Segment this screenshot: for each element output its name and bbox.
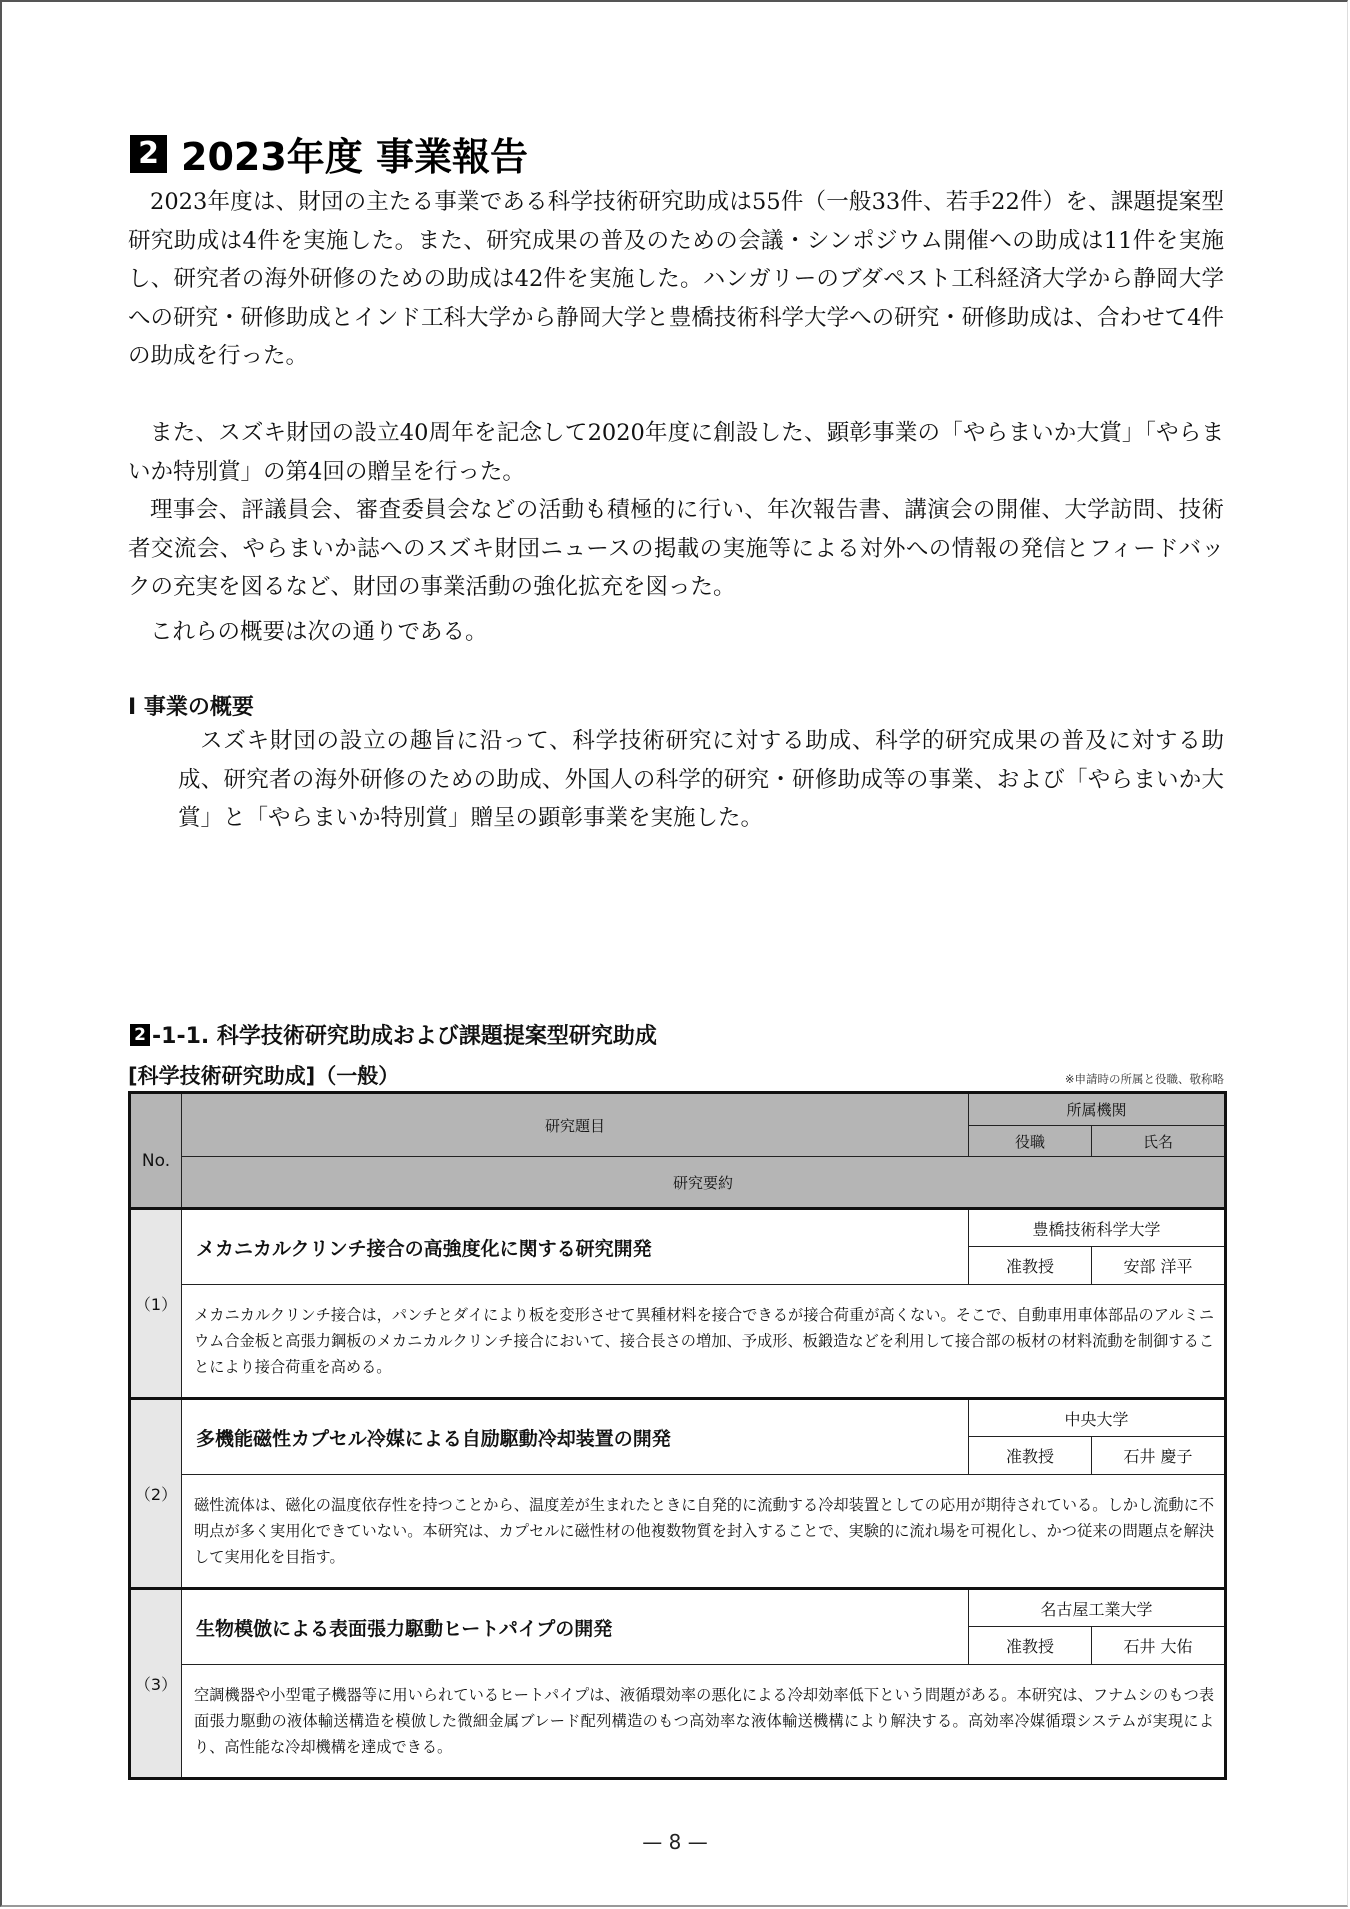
row-number: （3） <box>130 1589 182 1779</box>
intro-paragraph-1: 2023年度は、財団の主たる事業である科学技術研究助成は55件（一般33件、若手… <box>128 183 1224 376</box>
table-row: （2） 多機能磁性カプセル冷媒による自励駆動冷却装置の開発 中央大学 <box>130 1399 1226 1437</box>
row-summary: メカニカルクリンチ接合は，パンチとダイにより板を変形させて異種材料を接合できるが… <box>182 1285 1226 1399</box>
table-row: メカニカルクリンチ接合は，パンチとダイにより板を変形させて異種材料を接合できるが… <box>130 1285 1226 1399</box>
table-row: （3） 生物模倣による表面張力駆動ヒートパイプの開発 名古屋工業大学 <box>130 1589 1226 1627</box>
section-number-badge: 2 <box>130 135 167 173</box>
row-position: 准教授 <box>969 1437 1092 1475</box>
intro-paragraph-2: また、スズキ財団の設立40周年を記念して2020年度に創設した、顕彰事業の「やら… <box>128 414 1224 491</box>
subsection-title: -1-1. 科学技術研究助成および課題提案型研究助成 <box>152 1019 657 1050</box>
table-row: （1） メカニカルクリンチ接合の高強度化に関する研究開発 豊橋技術科学大学 <box>130 1209 1226 1247</box>
table-note: ※申請時の所属と役職、敬称略 <box>1065 1071 1224 1087</box>
row-name: 石井 慶子 <box>1092 1437 1226 1475</box>
page-title-text: 2023年度 事業報告 <box>181 126 528 181</box>
paragraph-text: 理事会、評議員会、審査委員会などの活動も積極的に行い、年次報告書、講演会の開催、… <box>128 491 1224 607</box>
row-title: 多機能磁性カプセル冷媒による自励駆動冷却装置の開発 <box>182 1399 969 1475</box>
header-no: No. <box>130 1093 182 1209</box>
section-1-heading: Ⅰ 事業の概要 <box>128 690 254 721</box>
table-label: [科学技術研究助成]（一般） <box>128 1060 399 1090</box>
paragraph-text: 2023年度は、財団の主たる事業である科学技術研究助成は55件（一般33件、若手… <box>128 183 1224 376</box>
table-row: 空調機器や小型電子機器等に用いられているヒートパイプは、液循環効率の悪化による冷… <box>130 1665 1226 1779</box>
row-number: （2） <box>130 1399 182 1589</box>
table-header-row: No. 研究題目 所属機関 <box>130 1093 1226 1126</box>
header-name: 氏名 <box>1092 1126 1226 1157</box>
summary-line: これらの概要は次の通りである。 <box>150 614 488 646</box>
row-summary: 磁性流体は、磁化の温度依存性を持つことから、温度差が生まれたときに自発的に流動す… <box>182 1475 1226 1589</box>
row-summary: 空調機器や小型電子機器等に用いられているヒートパイプは、液循環効率の悪化による冷… <box>182 1665 1226 1779</box>
intro-paragraph-3: 理事会、評議員会、審査委員会などの活動も積極的に行い、年次報告書、講演会の開催、… <box>128 491 1224 607</box>
row-name: 石井 大佑 <box>1092 1627 1226 1665</box>
header-position: 役職 <box>969 1126 1092 1157</box>
row-name: 安部 洋平 <box>1092 1247 1226 1285</box>
row-affiliation: 豊橋技術科学大学 <box>969 1209 1226 1247</box>
row-affiliation: 中央大学 <box>969 1399 1226 1437</box>
row-title: メカニカルクリンチ接合の高強度化に関する研究開発 <box>182 1209 969 1285</box>
row-position: 准教授 <box>969 1627 1092 1665</box>
table-row: 磁性流体は、磁化の温度依存性を持つことから、温度差が生まれたときに自発的に流動す… <box>130 1475 1226 1589</box>
page-number: — 8 — <box>0 1830 1350 1854</box>
row-affiliation: 名古屋工業大学 <box>969 1589 1226 1627</box>
section-1-body: スズキ財団の設立の趣旨に沿って、科学技術研究に対する助成、科学的研究成果の普及に… <box>178 722 1224 838</box>
header-summary: 研究要約 <box>182 1157 1226 1209</box>
paragraph-text: また、スズキ財団の設立40周年を記念して2020年度に創設した、顕彰事業の「やら… <box>128 414 1224 491</box>
header-affiliation: 所属機関 <box>969 1093 1226 1126</box>
grants-table: No. 研究題目 所属機関 役職 氏名 研究要約 （1） メカニカルクリンチ接合… <box>128 1091 1227 1780</box>
row-title: 生物模倣による表面張力駆動ヒートパイプの開発 <box>182 1589 969 1665</box>
subsection-heading: 2 -1-1. 科学技術研究助成および課題提案型研究助成 <box>130 1019 657 1050</box>
table-header-row: 研究要約 <box>130 1157 1226 1209</box>
row-number: （1） <box>130 1209 182 1399</box>
section-1-text: スズキ財団の設立の趣旨に沿って、科学技術研究に対する助成、科学的研究成果の普及に… <box>178 722 1224 838</box>
subsection-number-badge: 2 <box>130 1024 150 1046</box>
row-position: 准教授 <box>969 1247 1092 1285</box>
header-title: 研究題目 <box>182 1093 969 1157</box>
page-title: 2 2023年度 事業報告 <box>130 126 528 181</box>
